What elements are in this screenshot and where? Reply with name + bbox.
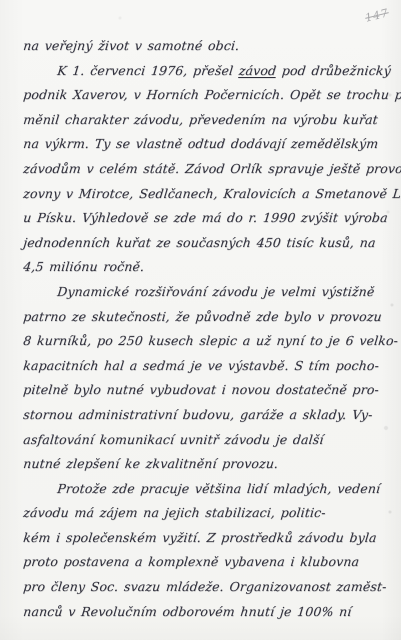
handwritten-line: kém i společenském vyžití. Z prostředků … [22, 526, 393, 551]
handwritten-line: K 1. červenci 1976, přešel závod pod drů… [22, 59, 393, 84]
handwritten-line: asfaltování komunikací uvnitř závodu je … [22, 428, 393, 453]
handwritten-line: měnil charakter závodu, převedením na vý… [22, 108, 393, 133]
handwritten-line: proto postavena a komplexně vybavena i k… [22, 550, 393, 575]
handwritten-line: patrno ze skutečnosti, že původně zde by… [22, 305, 393, 330]
handwritten-line: Protože zde pracuje většina lidí mladých… [22, 477, 393, 502]
handwritten-line: pro členy Soc. svazu mládeže. Organizova… [22, 575, 393, 600]
handwritten-line: nutné zlepšení ke zkvalitnění provozu. [22, 452, 393, 477]
handwritten-line: jednodenních kuřat ze současných 450 tis… [22, 231, 393, 256]
manuscript-page: 147 na veřejný život v samotné obci. K 1… [0, 0, 401, 640]
handwritten-line: závodu má zájem na jejich stabilizaci, p… [22, 501, 393, 526]
handwritten-line: závodům v celém státě. Závod Orlík sprav… [22, 157, 393, 182]
handwritten-line: podnik Xaverov, v Horních Počernicích. O… [22, 83, 393, 108]
handwritten-line: u Písku. Výhledově se zde má do r. 1990 … [22, 206, 393, 231]
handwritten-line: 4,5 miliónu ročně. [22, 255, 393, 280]
handwritten-line: stornou administrativní budovu, garáže a… [22, 403, 393, 428]
handwritten-line: Dynamické rozšiřování závodu je velmi vý… [22, 280, 393, 305]
handwritten-line: 8 kurníků, po 250 kusech slepic a už nyn… [22, 329, 393, 354]
handwritten-line: nanců v Revolučním odborovém hnutí je 10… [22, 600, 393, 625]
handwritten-line: pitelně bylo nutné vybudovat i novou dos… [22, 378, 393, 403]
handwritten-text-block: na veřejný život v samotné obci. K 1. če… [22, 34, 390, 624]
handwritten-line: zovny v Mirotce, Sedlčanech, Kralovicích… [22, 182, 393, 207]
handwritten-line: na veřejný život v samotné obci. [22, 34, 393, 59]
page-number: 147 [364, 6, 390, 24]
handwritten-line: kapacitních hal a sedmá je ve výstavbě. … [22, 354, 393, 379]
handwritten-line: na výkrm. Ty se vlastně odtud dodávají z… [22, 132, 393, 157]
